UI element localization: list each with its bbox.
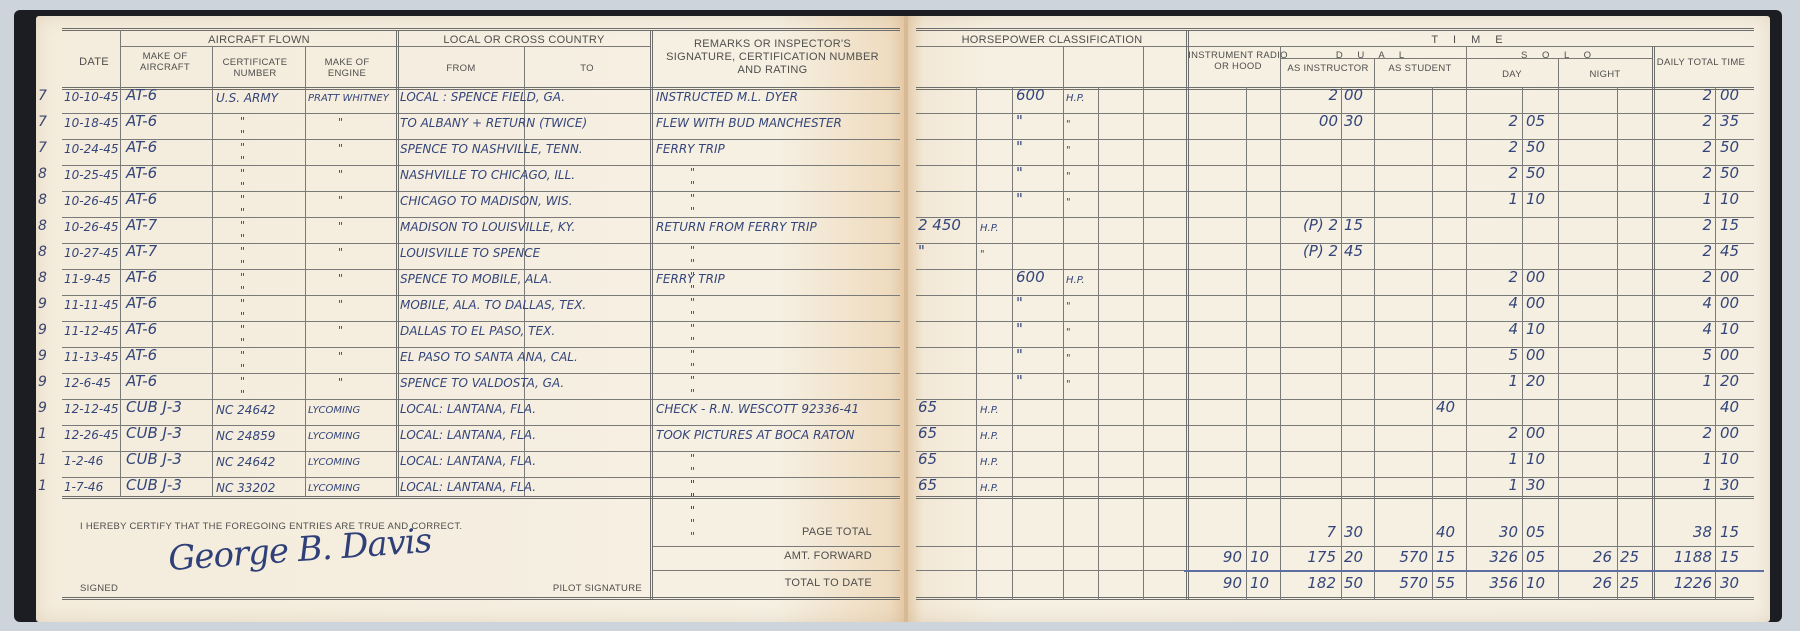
margin-page-number: 1 (38, 478, 47, 494)
header-aircraft-flown: AIRCRAFT FLOWN (120, 34, 398, 47)
entry-certificate: NC 33202 (216, 479, 275, 497)
entry-aircraft: AT-7 (126, 242, 157, 260)
hp-unit-b: H.P. (1066, 90, 1085, 108)
daily-total-hours: 5 (1654, 346, 1712, 364)
column-divider (1522, 87, 1523, 600)
solo-night-hours: 26 (1560, 548, 1612, 566)
entry-certificate: " " (240, 115, 245, 141)
book-spine (904, 16, 908, 622)
entry-certificate: " " (240, 167, 245, 193)
daily-total-minutes: 10 (1720, 190, 1739, 208)
entry-engine: LYCOMING (308, 428, 360, 446)
header-date: DATE (62, 56, 126, 69)
entry-route: MOBILE, ALA. TO DALLAS, TEX. (400, 296, 586, 314)
solo-day-minutes: 10 (1526, 450, 1545, 468)
dual-instructor-minutes: 30 (1344, 112, 1363, 130)
column-divider (976, 87, 977, 600)
margin-page-number: 1 (38, 452, 47, 468)
entry-engine: LYCOMING (308, 480, 360, 498)
entry-aircraft: AT-6 (126, 190, 157, 208)
entry-remarks: " " " " " (690, 478, 695, 543)
dual-instructor-hours: (P) 2 (1282, 242, 1338, 260)
entry-date: 12-6-45 (64, 374, 120, 392)
header-certificate-number: CERTIFICATE NUMBER (215, 57, 295, 79)
hp-value-a: " (918, 242, 974, 260)
right-page (906, 16, 1770, 622)
instrument-hours: 90 (1188, 548, 1242, 566)
entry-date: 10-27-45 (64, 244, 120, 262)
hp-value-a: 65 (918, 398, 974, 416)
hp-value-b: 600 (1016, 86, 1062, 104)
rule-line (916, 546, 1754, 547)
rule-line (916, 28, 1754, 31)
entry-engine: " (338, 298, 343, 311)
entry-aircraft: AT-6 (126, 86, 157, 104)
header-time: T I M E (1190, 34, 1750, 47)
entry-remarks: FERRY TRIP (656, 270, 725, 288)
entry-engine: LYCOMING (308, 402, 360, 420)
daily-total-minutes: 15 (1720, 548, 1739, 566)
column-divider (1715, 87, 1716, 600)
dual-instructor-minutes: 00 (1344, 86, 1363, 104)
entry-aircraft: AT-6 (126, 138, 157, 156)
header-dual: D U A L (1280, 50, 1466, 61)
margin-page-number: 8 (38, 218, 47, 234)
entry-route: TO ALBANY + RETURN (TWICE) (400, 114, 587, 132)
solo-day-minutes: 05 (1526, 548, 1545, 566)
column-divider (1374, 58, 1375, 600)
entry-route: LOCAL: LANTANA, FLA. (400, 426, 536, 444)
column-divider (1246, 87, 1247, 600)
entry-route: NASHVILLE TO CHICAGO, ILL. (400, 166, 575, 184)
column-divider (1341, 87, 1342, 600)
daily-total-hours: 2 (1654, 112, 1712, 130)
hp-value-b: " (1016, 138, 1062, 156)
entry-certificate: " " (240, 349, 245, 375)
entry-date: 11-11-45 (64, 296, 120, 314)
solo-day-hours: 2 (1468, 268, 1518, 286)
header-instrument: INSTRUMENT RADIO OR HOOD (1188, 50, 1288, 72)
solo-night-hours: 26 (1560, 574, 1612, 592)
daily-total-hours: 2 (1654, 86, 1712, 104)
solo-day-hours: 2 (1468, 424, 1518, 442)
daily-total-minutes: 00 (1720, 424, 1739, 442)
rule-line (62, 28, 900, 31)
daily-total-minutes: 15 (1720, 523, 1739, 541)
solo-day-minutes: 00 (1526, 424, 1545, 442)
entry-date: 10-10-45 (64, 88, 120, 106)
header-night: NIGHT (1558, 69, 1652, 80)
dual-instructor-minutes: 20 (1344, 548, 1363, 566)
hp-unit-b: " (1066, 116, 1071, 134)
hp-value-b: " (1016, 346, 1062, 364)
hp-unit-a: H.P. (980, 428, 999, 446)
entry-remarks: FLEW WITH BUD MANCHESTER (656, 114, 842, 132)
entry-aircraft: AT-6 (126, 268, 157, 286)
entry-certificate: " " (240, 297, 245, 323)
header-make-of-aircraft: MAKE OF AIRCRAFT (130, 51, 200, 73)
daily-total-hours: 2 (1654, 424, 1712, 442)
daily-total-minutes: 10 (1720, 450, 1739, 468)
solo-day-minutes: 05 (1526, 523, 1545, 541)
dual-student-minutes: 40 (1436, 523, 1455, 541)
rule-line (62, 597, 900, 600)
entry-remarks: " " (690, 348, 695, 374)
solo-day-hours: 2 (1468, 164, 1518, 182)
daily-total-minutes: 00 (1720, 294, 1739, 312)
dual-instructor-hours: 00 (1282, 112, 1338, 130)
hp-value-b: " (1016, 372, 1062, 390)
margin-page-number: 7 (38, 114, 47, 130)
hp-value-a: 65 (918, 476, 974, 494)
signed-label: SIGNED (80, 583, 140, 594)
daily-total-minutes: 30 (1720, 476, 1739, 494)
column-divider (212, 46, 213, 496)
margin-page-number: 9 (38, 296, 47, 312)
column-divider (120, 30, 121, 496)
dual-instructor-minutes: 30 (1344, 523, 1363, 541)
daily-total-minutes: 00 (1720, 346, 1739, 364)
margin-page-number: 9 (38, 348, 47, 364)
solo-day-minutes: 30 (1526, 476, 1545, 494)
margin-page-number: 9 (38, 400, 47, 416)
entry-remarks: TOOK PICTURES AT BOCA RATON (656, 426, 855, 444)
daily-total-hours: 1226 (1654, 574, 1712, 592)
dual-student-hours: 570 (1376, 548, 1428, 566)
entry-engine: " (338, 350, 343, 363)
entry-date: 12-26-45 (64, 426, 120, 444)
hp-unit-b: H.P. (1066, 272, 1085, 290)
page-total-label: PAGE TOTAL (700, 526, 872, 538)
daily-total-minutes: 20 (1720, 372, 1739, 390)
entry-aircraft: AT-6 (126, 320, 157, 338)
column-divider (1143, 46, 1144, 600)
entry-engine: " (338, 246, 343, 259)
hp-unit-b: " (1066, 168, 1071, 186)
instrument-minutes: 10 (1250, 548, 1269, 566)
daily-total-hours: 1 (1654, 190, 1712, 208)
daily-total-hours: 38 (1654, 523, 1712, 541)
margin-page-number: 9 (38, 322, 47, 338)
entry-aircraft: AT-7 (126, 216, 157, 234)
column-divider (1012, 87, 1013, 600)
entry-engine: PRATT WHITNEY (308, 90, 389, 108)
hp-value-b: " (1016, 294, 1062, 312)
entry-date: 10-18-45 (64, 114, 120, 132)
entry-remarks: " " (690, 296, 695, 322)
daily-total-minutes: 30 (1720, 574, 1739, 592)
entry-engine: " (338, 116, 343, 129)
dual-student-minutes: 15 (1436, 548, 1455, 566)
entry-engine: " (338, 376, 343, 389)
entry-certificate: " " (240, 141, 245, 167)
header-solo: S O L O (1466, 50, 1652, 61)
entry-route: SPENCE TO MOBILE, ALA. (400, 270, 552, 288)
entry-remarks: CHECK - R.N. WESCOTT 92336-41 (656, 400, 859, 418)
entry-date: 10-24-45 (64, 140, 120, 158)
entry-aircraft: AT-6 (126, 294, 157, 312)
column-divider (650, 30, 653, 600)
hp-value-b: " (1016, 164, 1062, 182)
header-horsepower-classification: HORSEPOWER CLASSIFICATION (918, 34, 1186, 47)
margin-page-number: 8 (38, 244, 47, 260)
dual-instructor-hours: 2 (1282, 86, 1338, 104)
entry-certificate: " " (240, 193, 245, 219)
column-divider (1280, 46, 1281, 600)
solo-day-hours: 1 (1468, 476, 1518, 494)
hp-unit-a: " (980, 246, 985, 264)
instrument-hours: 90 (1188, 574, 1242, 592)
solo-day-hours: 2 (1468, 112, 1518, 130)
entry-route: LOUISVILLE TO SPENCE (400, 244, 540, 262)
daily-total-minutes: 15 (1720, 216, 1739, 234)
entry-route: LOCAL : SPENCE FIELD, GA. (400, 88, 565, 106)
solo-night-minutes: 25 (1620, 574, 1639, 592)
dual-instructor-minutes: 45 (1344, 242, 1363, 260)
hp-value-b: " (1016, 112, 1062, 130)
entry-route: SPENCE TO NASHVILLE, TENN. (400, 140, 583, 158)
instrument-minutes: 10 (1250, 574, 1269, 592)
entry-aircraft: AT-6 (126, 164, 157, 182)
solo-day-hours: 1 (1468, 450, 1518, 468)
header-as-instructor: AS INSTRUCTOR (1282, 63, 1374, 74)
entry-certificate: " " (240, 375, 245, 401)
margin-page-number: 7 (38, 140, 47, 156)
entry-date: 11-12-45 (64, 322, 120, 340)
column-divider (1432, 87, 1433, 600)
daily-total-minutes: 45 (1720, 242, 1739, 260)
solo-day-hours: 4 (1468, 294, 1518, 312)
entry-aircraft: CUB J-3 (126, 424, 182, 442)
entry-remarks: RETURN FROM FERRY TRIP (656, 218, 817, 236)
entry-remarks: " " (690, 322, 695, 348)
entry-aircraft: CUB J-3 (126, 450, 182, 468)
solo-day-minutes: 00 (1526, 346, 1545, 364)
header-as-student: AS STUDENT (1374, 63, 1466, 74)
entry-certificate: " " (240, 271, 245, 297)
hp-value-a: 65 (918, 424, 974, 442)
entry-engine: LYCOMING (308, 454, 360, 472)
daily-total-hours: 2 (1654, 242, 1712, 260)
header-from: FROM (398, 63, 524, 74)
daily-total-minutes: 40 (1720, 398, 1739, 416)
header-day: DAY (1466, 69, 1558, 80)
entry-remarks: " " (690, 192, 695, 218)
margin-page-number: 7 (38, 88, 47, 104)
hp-unit-b: " (1066, 324, 1071, 342)
daily-total-hours: 1 (1654, 372, 1712, 390)
column-divider (1098, 87, 1099, 600)
daily-total-minutes: 00 (1720, 86, 1739, 104)
entry-date: 11-13-45 (64, 348, 120, 366)
entry-certificate: NC 24642 (216, 401, 275, 419)
daily-total-hours: 2 (1654, 138, 1712, 156)
solo-day-hours: 1 (1468, 372, 1518, 390)
hp-value-b: 600 (1016, 268, 1062, 286)
entry-certificate: " " (240, 245, 245, 271)
header-make-of-engine: MAKE OF ENGINE (312, 57, 382, 79)
hp-unit-b: " (1066, 298, 1071, 316)
daily-total-minutes: 10 (1720, 320, 1739, 338)
rule-line (916, 425, 1754, 426)
entry-date: 10-26-45 (64, 218, 120, 236)
solo-day-minutes: 50 (1526, 164, 1545, 182)
dual-student-minutes: 40 (1436, 398, 1455, 416)
daily-total-hours: 4 (1654, 294, 1712, 312)
solo-day-hours: 326 (1468, 548, 1518, 566)
daily-total-hours: 1 (1654, 450, 1712, 468)
hp-value-a: 2 450 (918, 216, 974, 234)
solo-day-hours: 1 (1468, 190, 1518, 208)
column-divider (305, 46, 306, 496)
column-divider (1186, 30, 1189, 600)
margin-page-number: 8 (38, 192, 47, 208)
entry-remarks: FERRY TRIP (656, 140, 725, 158)
hp-unit-a: H.P. (980, 480, 999, 498)
dual-instructor-hours: (P) 2 (1282, 216, 1338, 234)
entry-engine: " (338, 324, 343, 337)
solo-day-minutes: 20 (1526, 372, 1545, 390)
daily-total-hours: 2 (1654, 268, 1712, 286)
hp-value-a: 65 (918, 450, 974, 468)
entry-date: 1-2-46 (64, 452, 120, 470)
solo-day-hours: 4 (1468, 320, 1518, 338)
entry-date: 11-9-45 (64, 270, 120, 288)
entry-date: 12-12-45 (64, 400, 120, 418)
solo-day-minutes: 00 (1526, 294, 1545, 312)
margin-page-number: 8 (38, 166, 47, 182)
entry-aircraft: AT-6 (126, 112, 157, 130)
margin-page-number: 1 (38, 426, 47, 442)
entry-remarks: INSTRUCTED M.L. DYER (656, 88, 798, 106)
entry-certificate: NC 24859 (216, 427, 275, 445)
entry-route: LOCAL: LANTANA, FLA. (400, 452, 536, 470)
column-divider (1466, 46, 1467, 600)
rule-line (916, 496, 1754, 499)
header-daily-total: DAILY TOTAL TIME (1652, 57, 1750, 68)
entry-date: 10-26-45 (64, 192, 120, 210)
daily-total-hours: 1 (1654, 476, 1712, 494)
daily-total-minutes: 50 (1720, 164, 1739, 182)
entry-aircraft: CUB J-3 (126, 398, 182, 416)
column-divider (1617, 87, 1618, 600)
header-remarks: REMARKS OR INSPECTOR'S SIGNATURE, CERTIF… (665, 38, 880, 77)
entry-date: 1-7-46 (64, 478, 120, 496)
rule-line (916, 477, 1754, 478)
margin-page-number: 9 (38, 374, 47, 390)
entry-route: LOCAL: LANTANA, FLA. (400, 400, 536, 418)
entry-certificate: NC 24642 (216, 453, 275, 471)
entry-route: CHICAGO TO MADISON, WIS. (400, 192, 573, 210)
entry-date: 10-25-45 (64, 166, 120, 184)
header-local-or-cross-country: LOCAL OR CROSS COUNTRY (398, 34, 650, 47)
entry-engine: " (338, 168, 343, 181)
daily-total-hours: 2 (1654, 164, 1712, 182)
rule-line (916, 597, 1754, 600)
solo-day-minutes: 00 (1526, 268, 1545, 286)
entry-aircraft: AT-6 (126, 346, 157, 364)
entry-engine: " (338, 272, 343, 285)
entry-aircraft: AT-6 (126, 372, 157, 390)
rule-line (916, 399, 1754, 400)
column-divider (1063, 46, 1064, 600)
solo-day-minutes: 10 (1526, 574, 1545, 592)
hp-value-b: " (1016, 320, 1062, 338)
daily-total-hours: 2 (1654, 216, 1712, 234)
solo-day-hours: 5 (1468, 346, 1518, 364)
entry-engine: " (338, 220, 343, 233)
dual-student-hours: 570 (1376, 574, 1428, 592)
entry-certificate: " " (240, 323, 245, 349)
header-to: TO (524, 63, 650, 74)
carry-forward-underline (1184, 570, 1764, 572)
hp-unit-a: H.P. (980, 220, 999, 238)
entry-route: MADISON TO LOUISVILLE, KY. (400, 218, 575, 236)
entry-certificate: U.S. ARMY (216, 89, 278, 107)
entry-aircraft: CUB J-3 (126, 476, 182, 494)
hp-unit-b: " (1066, 194, 1071, 212)
entry-route: SPENCE TO VALDOSTA, GA. (400, 374, 564, 392)
dual-instructor-minutes: 50 (1344, 574, 1363, 592)
solo-night-minutes: 25 (1620, 548, 1639, 566)
rule-line (62, 496, 900, 499)
solo-day-minutes: 10 (1526, 190, 1545, 208)
dual-instructor-hours: 182 (1282, 574, 1336, 592)
daily-total-minutes: 35 (1720, 112, 1739, 130)
dual-instructor-minutes: 15 (1344, 216, 1363, 234)
entry-engine: " (338, 194, 343, 207)
solo-day-minutes: 05 (1526, 112, 1545, 130)
dual-student-minutes: 55 (1436, 574, 1455, 592)
entry-route: EL PASO TO SANTA ANA, CAL. (400, 348, 578, 366)
total-to-date-label: TOTAL TO DATE (700, 577, 872, 589)
dual-instructor-hours: 7 (1282, 523, 1336, 541)
dual-instructor-hours: 175 (1282, 548, 1336, 566)
entry-remarks: " " (690, 166, 695, 192)
entry-route: DALLAS TO EL PASO, TEX. (400, 322, 555, 340)
column-divider (1558, 58, 1559, 600)
column-divider (396, 30, 399, 496)
hp-unit-b: " (1066, 142, 1071, 160)
solo-day-hours: 356 (1468, 574, 1518, 592)
hp-unit-a: H.P. (980, 454, 999, 472)
hp-value-b: " (1016, 190, 1062, 208)
amt-forward-label: AMT. FORWARD (700, 550, 872, 562)
daily-total-minutes: 50 (1720, 138, 1739, 156)
entry-certificate: " " (240, 219, 245, 245)
hp-unit-b: " (1066, 350, 1071, 368)
hp-unit-a: H.P. (980, 402, 999, 420)
entry-remarks: " " (690, 374, 695, 400)
entry-engine: " (338, 142, 343, 155)
rule-line (916, 451, 1754, 452)
hp-unit-b: " (1066, 376, 1071, 394)
solo-day-hours: 30 (1468, 523, 1518, 541)
daily-total-hours: 4 (1654, 320, 1712, 338)
daily-total-hours: 1188 (1654, 548, 1712, 566)
solo-day-minutes: 50 (1526, 138, 1545, 156)
margin-page-number: 8 (38, 270, 47, 286)
rule-line (652, 570, 900, 571)
rule-line (652, 546, 900, 547)
solo-day-hours: 2 (1468, 138, 1518, 156)
entry-route: LOCAL: LANTANA, FLA. (400, 478, 536, 496)
solo-day-minutes: 10 (1526, 320, 1545, 338)
daily-total-minutes: 00 (1720, 268, 1739, 286)
pilot-signature-label: PILOT SIGNATURE (520, 583, 642, 594)
